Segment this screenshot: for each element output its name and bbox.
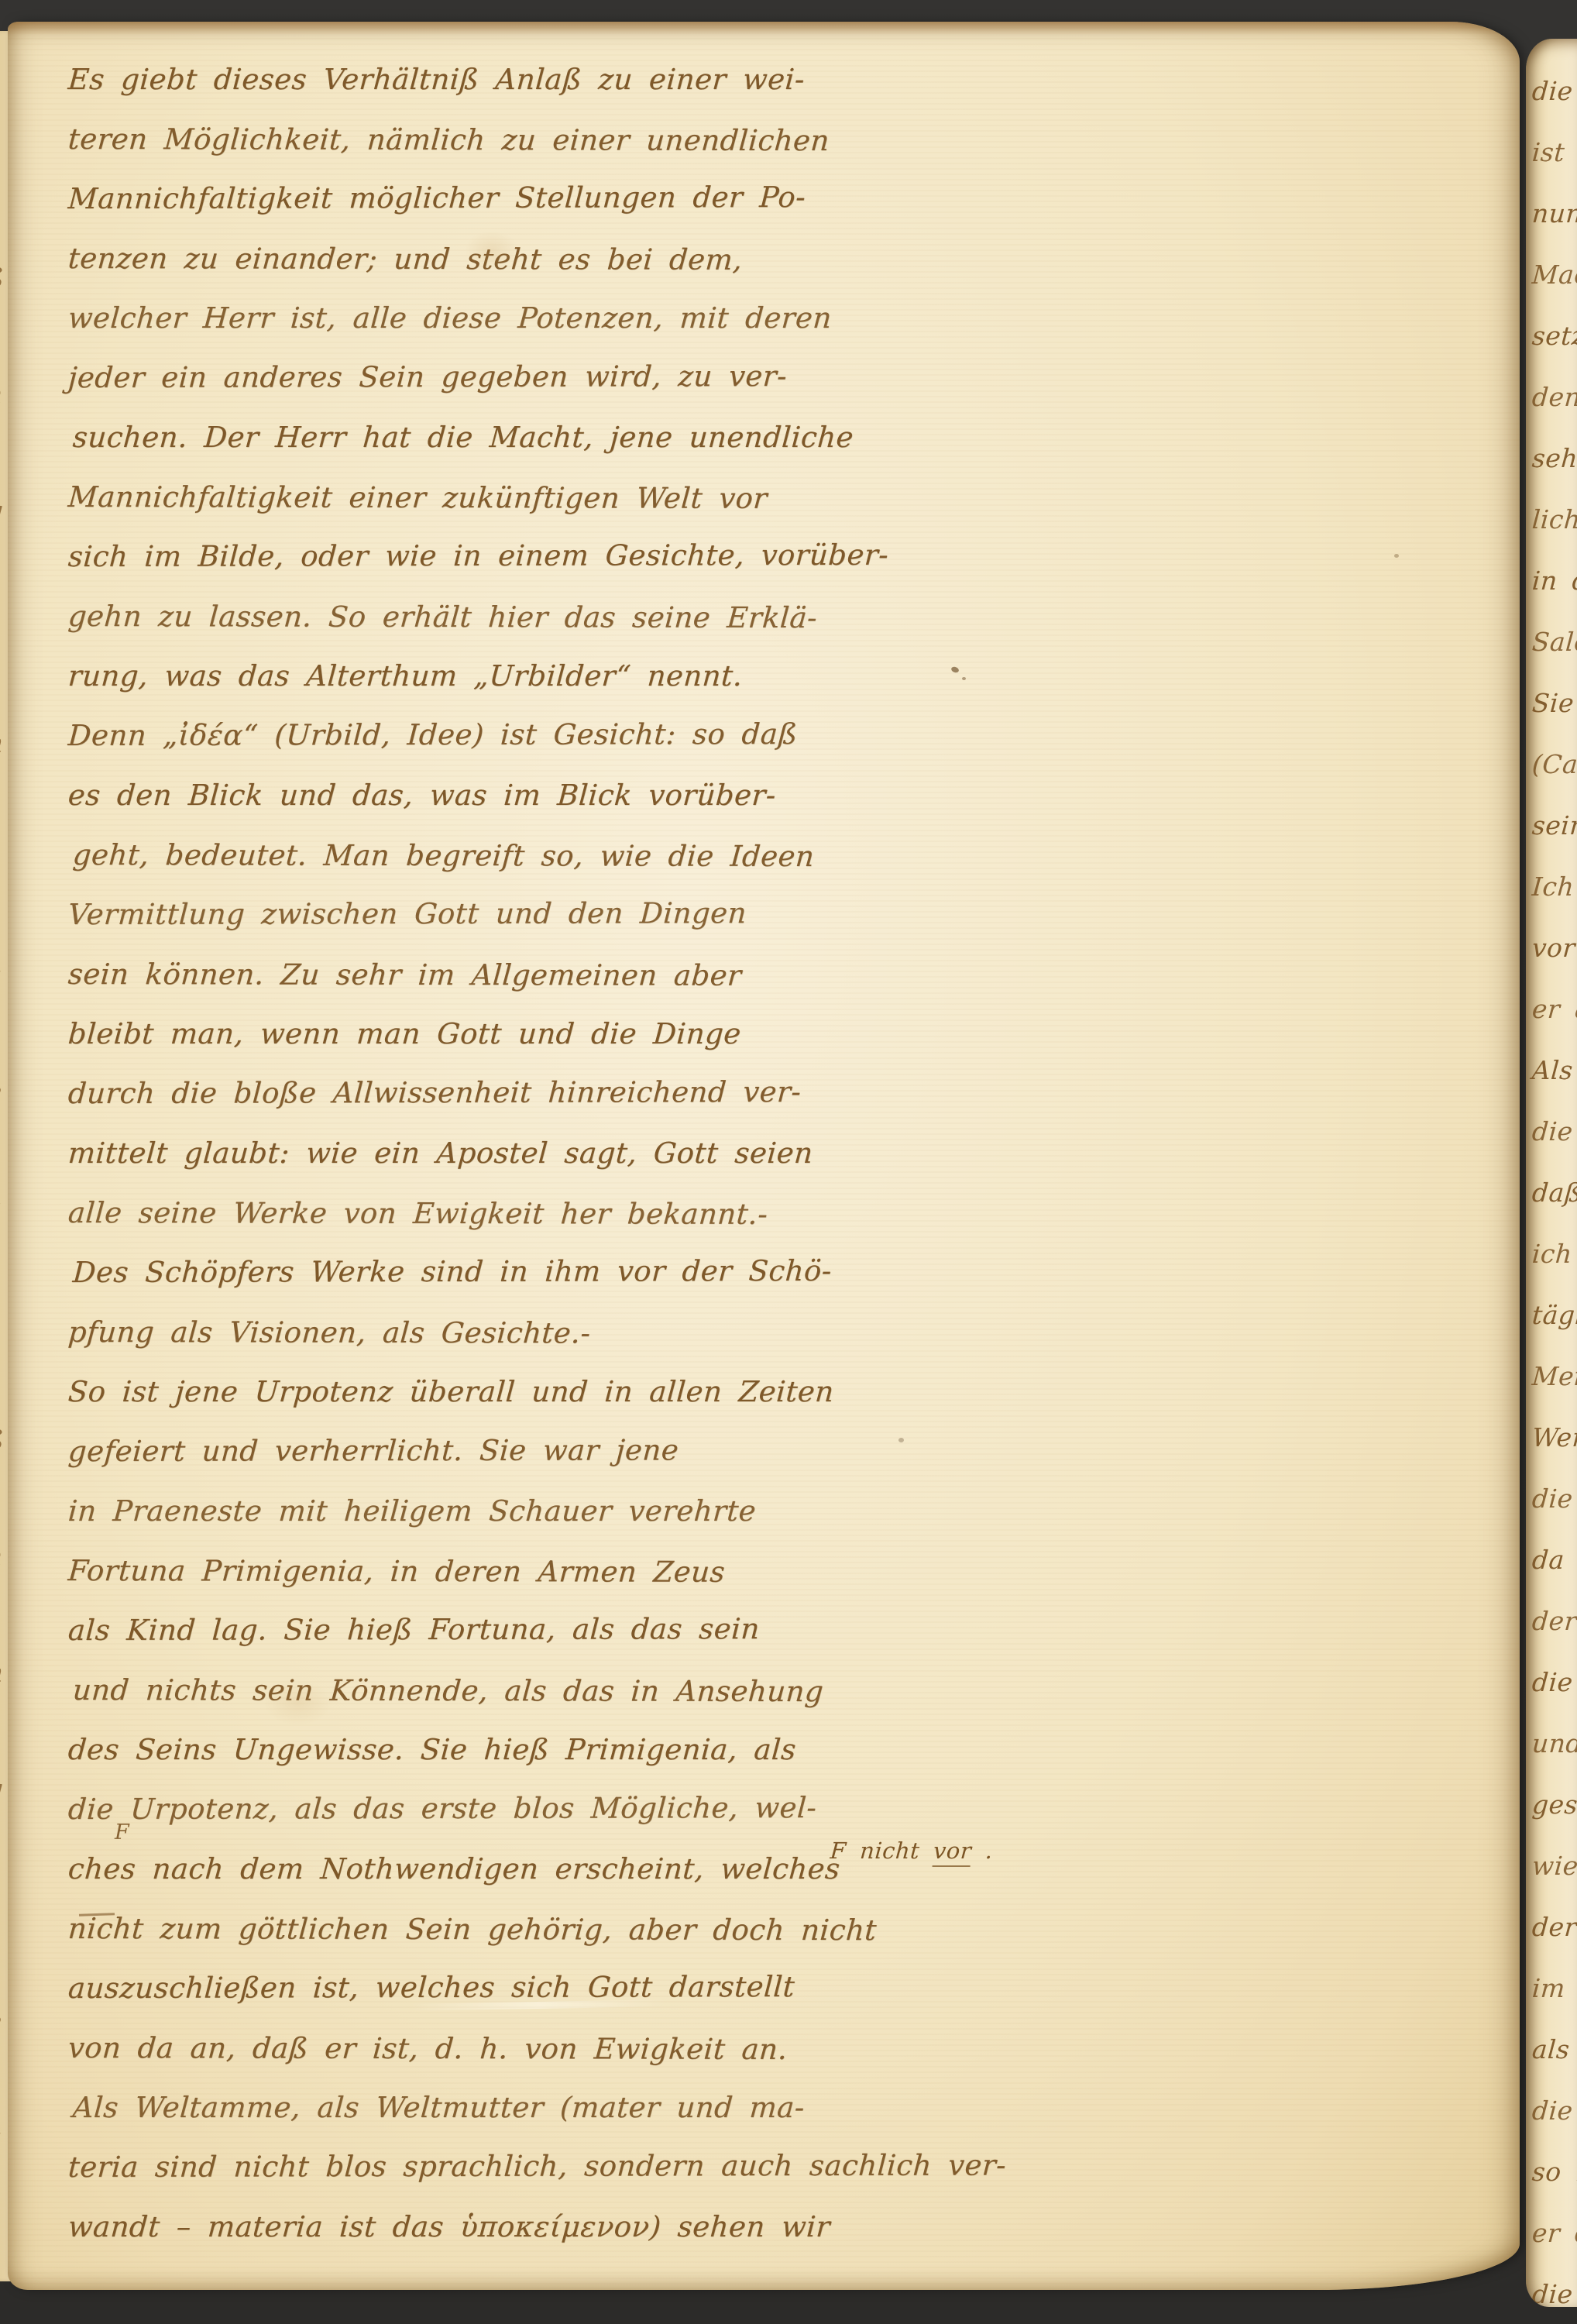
manuscript-line: auszuschließen ist, welches sich Gott da… bbox=[67, 1955, 1514, 2018]
manuscript-line: teria sind nicht blos sprachlich, sonder… bbox=[67, 2134, 1514, 2197]
facing-page-line-fragment: Meine Ha bbox=[1530, 1346, 1577, 1407]
manuscript-line: gehn zu lassen. So erhält hier das seine… bbox=[66, 586, 1513, 649]
facing-page-line-fragment: ich der W bbox=[1530, 1223, 1577, 1284]
facing-page-line-fragment: die Meer bbox=[1530, 1101, 1577, 1162]
facing-page-line-fragment: wie d bbox=[1530, 1835, 1577, 1896]
manuscript-line: ches nach dem Nothwendigen erscheint, we… bbox=[66, 1839, 1513, 1899]
manuscript-line: pfung als Visionen, als Gesichte.- bbox=[66, 1302, 1513, 1365]
facing-page-line-fragment: täglich, und bbox=[1530, 1284, 1577, 1346]
facing-page-line-fragment: da man ü bbox=[1530, 1529, 1577, 1590]
facing-page-lines: die Urpist sie dnun daMachiasetze deden … bbox=[1532, 60, 1577, 2307]
manuscript-line: als Kind lag. Sie hieß Fortuna, als das … bbox=[67, 1597, 1514, 1660]
facing-page-line-fragment: er aus di bbox=[1530, 978, 1577, 1040]
facing-page-line-fragment: Machia bbox=[1530, 244, 1577, 305]
manuscript-line: alle seine Werke von Ewigkeit her bekann… bbox=[66, 1183, 1513, 1246]
manuscript-line: suchen. Der Herr hat die Macht, jene une… bbox=[66, 407, 1513, 467]
manuscript-line: in Praeneste mit heiligem Schauer verehr… bbox=[66, 1481, 1513, 1541]
facing-page-line-fragment: die se bbox=[1530, 1652, 1577, 1713]
foxing-stain bbox=[465, 231, 519, 270]
facing-page-line-fragment: seiner W bbox=[1530, 795, 1577, 856]
facing-page-line-fragment: und d bbox=[1530, 1713, 1577, 1774]
manuscript-line: Des Schöpfers Werke sind in ihm vor der … bbox=[67, 1239, 1514, 1302]
manuscript-lines: Es giebt dieses Verhältniß Anlaß zu eine… bbox=[68, 50, 1512, 2257]
manuscript-line: wandt – materia ist das ὑποκείμενον) seh… bbox=[66, 2197, 1513, 2257]
page-top-burn-edge bbox=[8, 22, 1520, 34]
facing-page-line-fragment: den Schöpf bbox=[1530, 366, 1577, 428]
facing-page-line-fragment: als d bbox=[1530, 2019, 1577, 2080]
manuscript-line: bleibt man, wenn man Gott und die Dinge bbox=[66, 1004, 1513, 1064]
manuscript-line: von da an, daß er ist, d. h. von Ewigkei… bbox=[66, 2018, 1513, 2081]
facing-page-line-fragment: er d bbox=[1530, 2202, 1577, 2264]
facing-page-line-fragment: ist sie d bbox=[1530, 122, 1577, 183]
foxing-stain bbox=[263, 1679, 333, 1726]
manuscript-line: Es giebt dieses Verhältniß Anlaß zu eine… bbox=[66, 50, 1513, 109]
facing-page-line-fragment: Als der bbox=[1530, 1040, 1577, 1101]
facing-page-line-fragment: vor der Erd bbox=[1530, 917, 1577, 978]
facing-page-line-fragment: so is bbox=[1530, 2141, 1577, 2202]
facing-page-line-fragment: Wenn w bbox=[1530, 1407, 1577, 1468]
facing-page-line-fragment: sehen ist a bbox=[1530, 428, 1577, 489]
facing-page-line-fragment: in der Heil bbox=[1530, 550, 1577, 611]
manuscript-scan: ßhgtnsreksßhngters Es giebt dieses Verhä… bbox=[0, 0, 1577, 2324]
facing-page-line-fragment: (Cap. 8. v bbox=[1530, 734, 1577, 795]
manuscript-line: es den Blick und das, was im Blick vorüb… bbox=[66, 765, 1513, 825]
manuscript-line: des Seins Ungewisse. Sie hieß Primigenia… bbox=[66, 1720, 1513, 1779]
margin-note-underlined-word: vor bbox=[933, 1838, 973, 1867]
manuscript-line: Fortuna Primigenia, in deren Armen Zeus bbox=[66, 1541, 1513, 1604]
ink-speck bbox=[962, 677, 966, 680]
manuscript-line: tenzen zu einander; und steht es bei dem… bbox=[66, 229, 1513, 291]
manuscript-line: So ist jene Urpotenz überall und in alle… bbox=[66, 1362, 1513, 1422]
manuscript-line: rung, was das Alterthum „Urbilder“ nennt… bbox=[66, 646, 1513, 706]
margin-note-tail: . bbox=[971, 1838, 994, 1864]
manuscript-line: gefeiert und verherrlicht. Sie war jene bbox=[67, 1418, 1514, 1481]
facing-page-line-fragment: Salomonisch bbox=[1530, 611, 1577, 672]
facing-page-edge: die Urpist sie dnun daMachiasetze deden … bbox=[1526, 39, 1577, 2307]
manuscript-line: die Urpotenz, als das erste blos Möglich… bbox=[67, 1776, 1514, 1839]
margin-note-lead: F nicht bbox=[830, 1838, 934, 1864]
manuscript-page: Es giebt dieses Verhältniß Anlaß zu eine… bbox=[8, 22, 1520, 2290]
manuscript-line: teren Möglichkeit, nämlich zu einer unen… bbox=[66, 109, 1513, 172]
ink-speck bbox=[1394, 554, 1399, 558]
facing-page-line-fragment: der Sch bbox=[1530, 1590, 1577, 1652]
ink-speck bbox=[898, 1438, 904, 1442]
facing-page-line-fragment: setze de bbox=[1530, 305, 1577, 366]
manuscript-line: Denn „ἰδέα“ (Urbild, Idee) ist Gesicht: … bbox=[67, 703, 1514, 765]
margin-note: F nicht vor . bbox=[830, 1838, 994, 1864]
manuscript-line: Mannichfaltigkeit möglicher Stellungen d… bbox=[67, 166, 1514, 229]
facing-page-line-fragment: die Mögl bbox=[1530, 1468, 1577, 1529]
manuscript-line: mittelt glaubt: wie ein Apostel sagt, Go… bbox=[66, 1123, 1513, 1183]
facing-page-line-fragment: Sie heißt bbox=[1530, 672, 1577, 734]
manuscript-line: Als Weltamme, als Weltmutter (mater und … bbox=[66, 2078, 1513, 2137]
manuscript-line: Vermittlung zwischen Gott und den Dingen bbox=[67, 882, 1514, 944]
facing-page-line-fragment: lich gewor bbox=[1530, 489, 1577, 550]
insertion-caret-mark: F bbox=[115, 1820, 129, 1844]
manuscript-line: jeder ein anderes Sein gegeben wird, zu … bbox=[67, 345, 1514, 407]
manuscript-line: nicht zum göttlichen Sein gehörig, aber … bbox=[66, 1899, 1513, 1961]
facing-page-line-fragment: der n bbox=[1530, 1896, 1577, 1958]
manuscript-line: Mannichfaltigkeit einer zukünftigen Welt… bbox=[66, 467, 1513, 530]
facing-page-line-fragment: im A bbox=[1530, 1958, 1577, 2019]
facing-page-line-fragment: daß sie n bbox=[1530, 1162, 1577, 1223]
facing-page-line-fragment: die bbox=[1530, 2264, 1577, 2307]
facing-page-line-fragment: die g bbox=[1530, 2080, 1577, 2141]
facing-page-line-fragment: nun da bbox=[1530, 183, 1577, 244]
facing-page-line-fragment: Ich bin ei bbox=[1530, 856, 1577, 917]
manuscript-line: welcher Herr ist, alle diese Potenzen, m… bbox=[66, 288, 1513, 348]
manuscript-line: sich im Bilde, oder wie in einem Gesicht… bbox=[67, 524, 1514, 586]
manuscript-line: geht, bedeutet. Man begreift so, wie die… bbox=[66, 825, 1513, 888]
facing-page-line-fragment: die Urp bbox=[1530, 60, 1577, 122]
manuscript-line: durch die bloße Allwissenheit hinreichen… bbox=[67, 1061, 1514, 1123]
facing-page-line-fragment: ges bbox=[1530, 1774, 1577, 1835]
manuscript-line: sein können. Zu sehr im Allgemeinen aber bbox=[66, 944, 1513, 1007]
